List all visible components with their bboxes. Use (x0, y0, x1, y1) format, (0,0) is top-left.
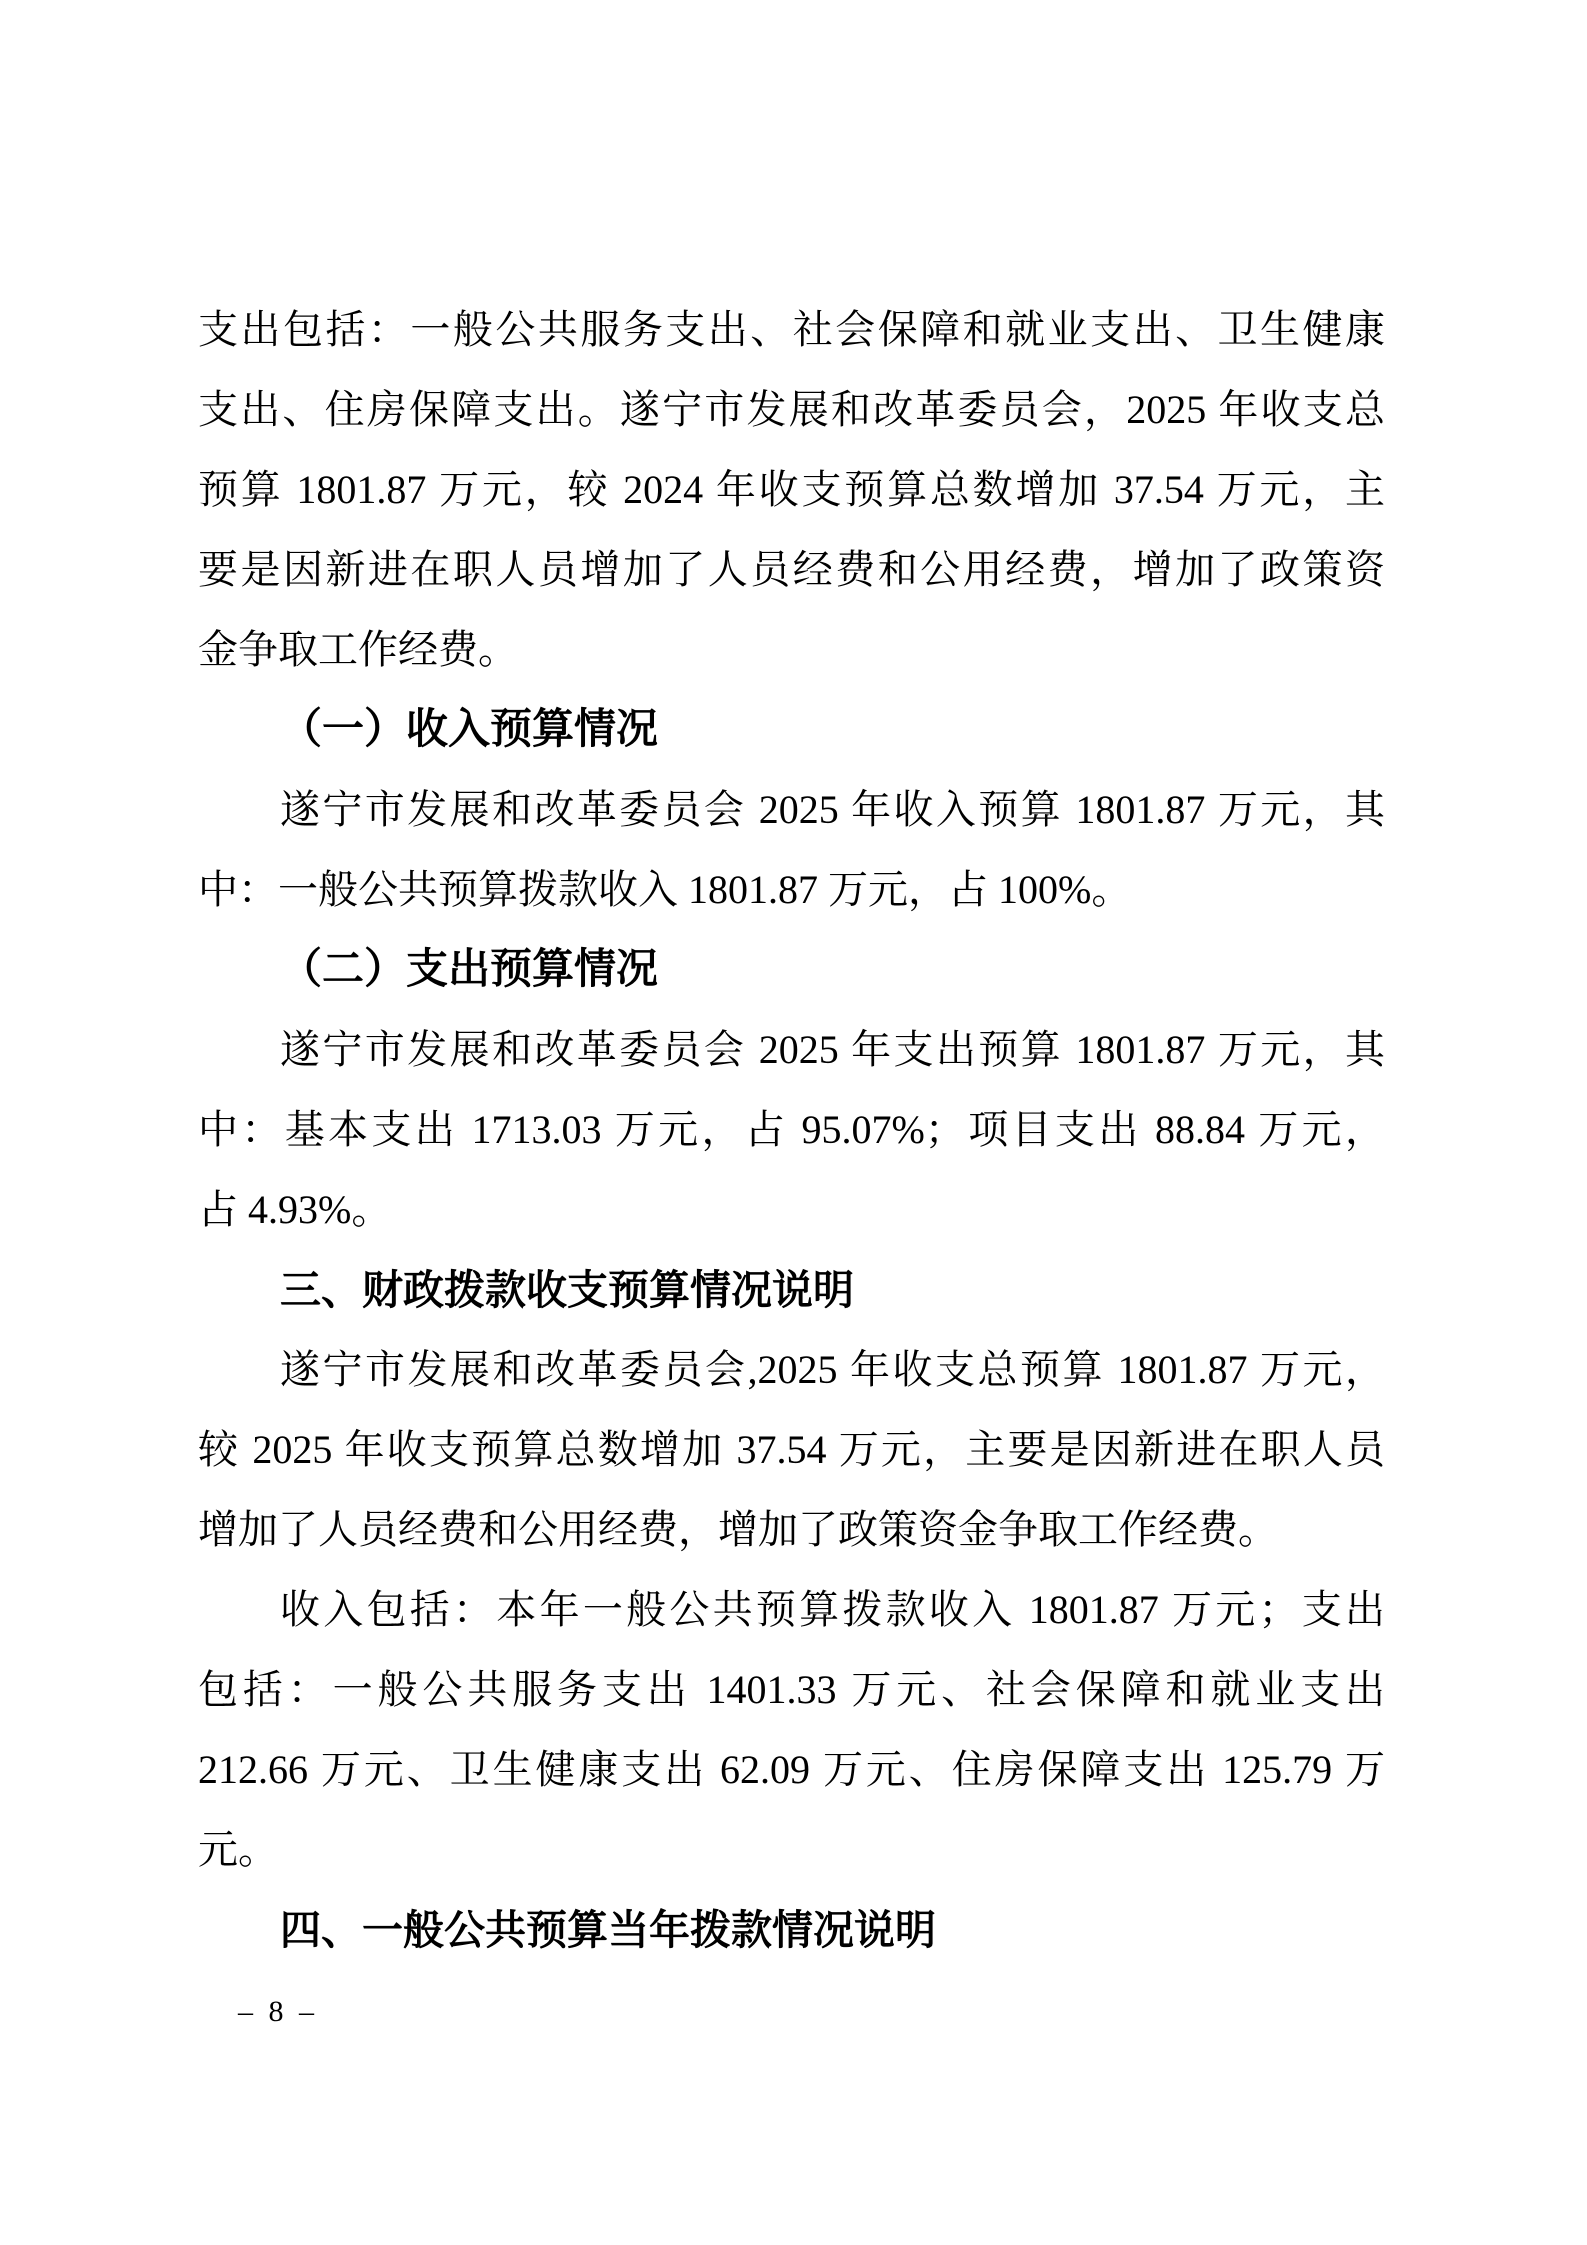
section-heading: 四、一般公共预算当年拨款情况说明 (198, 1890, 1385, 1970)
text-line: 212.66 万元、卫生健康支出 62.09 万元、住房保障支出 125.79 … (198, 1730, 1385, 1810)
text-line: 包括：一般公共服务支出 1401.33 万元、社会保障和就业支出 (198, 1650, 1385, 1730)
section-heading: （二）支出预算情况 (198, 930, 1385, 1010)
text-line: 要是因新进在职人员增加了人员经费和公用经费，增加了政策资 (198, 530, 1385, 610)
text-line: 遂宁市发展和改革委员会 2025 年支出预算 1801.87 万元，其 (198, 1010, 1385, 1090)
text-line: 中：一般公共预算拨款收入 1801.87 万元，占 100%。 (198, 850, 1385, 930)
section-heading: （一）收入预算情况 (198, 690, 1385, 770)
text-line: 元。 (198, 1810, 1385, 1890)
page-number: – 8 – (238, 1990, 318, 2034)
text-line: 支出、住房保障支出。遂宁市发展和改革委员会，2025 年收支总 (198, 370, 1385, 450)
text-line: 较 2025 年收支预算总数增加 37.54 万元，主要是因新进在职人员 (198, 1410, 1385, 1490)
section-heading: 三、财政拨款收支预算情况说明 (198, 1250, 1385, 1330)
document-body: 支出包括：一般公共服务支出、社会保障和就业支出、卫生健康支出、住房保障支出。遂宁… (198, 290, 1385, 1970)
text-line: 占 4.93%。 (198, 1170, 1385, 1250)
text-line: 增加了人员经费和公用经费，增加了政策资金争取工作经费。 (198, 1490, 1385, 1570)
text-line: 支出包括：一般公共服务支出、社会保障和就业支出、卫生健康 (198, 290, 1385, 370)
text-line: 中：基本支出 1713.03 万元，占 95.07%；项目支出 88.84 万元… (198, 1090, 1385, 1170)
text-line: 遂宁市发展和改革委员会 2025 年收入预算 1801.87 万元，其 (198, 770, 1385, 850)
document-page: 支出包括：一般公共服务支出、社会保障和就业支出、卫生健康支出、住房保障支出。遂宁… (0, 0, 1587, 2245)
text-line: 收入包括：本年一般公共预算拨款收入 1801.87 万元；支出 (198, 1570, 1385, 1650)
text-line: 金争取工作经费。 (198, 610, 1385, 690)
text-line: 预算 1801.87 万元，较 2024 年收支预算总数增加 37.54 万元，… (198, 450, 1385, 530)
text-line: 遂宁市发展和改革委员会,2025 年收支总预算 1801.87 万元， (198, 1330, 1385, 1410)
